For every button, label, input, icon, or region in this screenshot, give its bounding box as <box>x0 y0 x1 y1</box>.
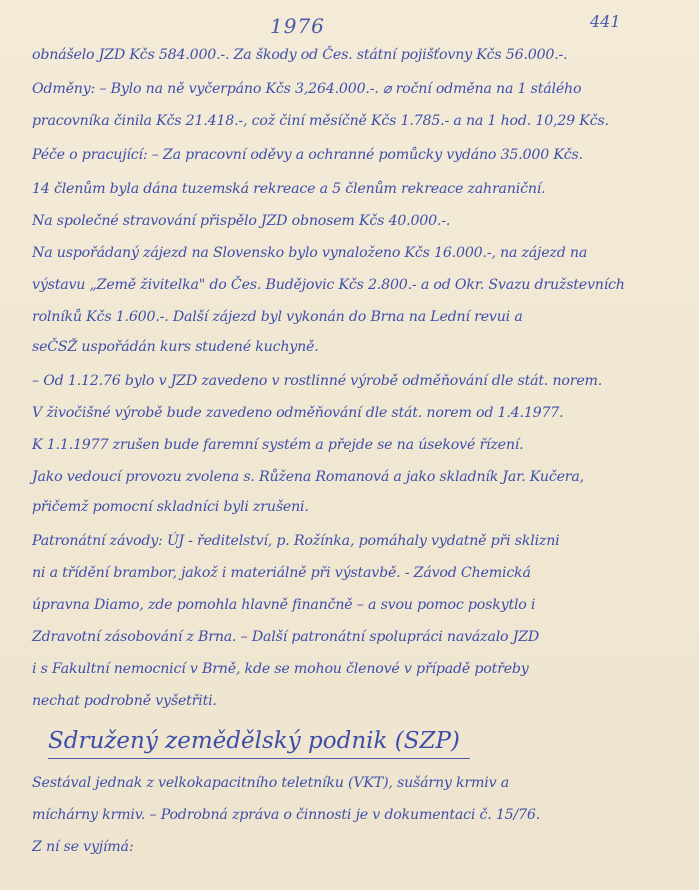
text-line: i s Fakultní nemocnicí v Brně, kde se mo… <box>32 662 529 676</box>
text-line: Zdravotní zásobování z Brna. – Další pat… <box>32 630 539 644</box>
text-line: K 1.1.1977 zrušen bude faremní systém a … <box>32 438 523 452</box>
section-text-line: Z ní se vyjímá: <box>32 840 133 854</box>
text-line: – Od 1.12.76 bylo v JZD zavedeno v rostl… <box>32 374 602 388</box>
text-line: Na uspořádaný zájezd na Slovensko bylo v… <box>32 246 587 260</box>
text-line: V živočišné výrobě bude zavedeno odměňov… <box>32 406 563 420</box>
text-line: obnášelo JZD Kčs 584.000.-. Za škody od … <box>32 48 567 62</box>
text-line: pracovníka činila Kčs 21.418.-, což činí… <box>32 114 609 128</box>
text-line: rolníků Kčs 1.600.-. Další zájezd byl vy… <box>32 310 523 324</box>
text-line: Jako vedoucí provozu zvolena s. Růžena R… <box>32 470 584 484</box>
text-line: seČSŽ uspořádán kurs studené kuchyně. <box>32 340 319 354</box>
text-line: Odměny: – Bylo na ně vyčerpáno Kčs 3,264… <box>32 82 581 96</box>
page-year: 1976 <box>270 14 325 38</box>
text-line: 14 členům byla dána tuzemská rekreace a … <box>32 182 545 196</box>
section-text-line: míchárny krmiv. – Podrobná zpráva o činn… <box>32 808 540 822</box>
text-line: Péče o pracující: – Za pracovní oděvy a … <box>32 148 583 162</box>
text-line: ni a třídění brambor, jakož i materiálně… <box>32 566 531 580</box>
text-line: Patronátní závody: ÚJ - ředitelství, p. … <box>32 534 560 548</box>
handwritten-chronicle-page: 1976 441 obnášelo JZD Kčs 584.000.-. Za … <box>0 0 699 890</box>
text-line: přičemž pomocní skladníci byli zrušeni. <box>32 500 309 514</box>
page-number: 441 <box>590 12 621 31</box>
section-text-line: Sestával jednak z velkokapacitního telet… <box>32 776 509 790</box>
text-line: Na společné stravování přispělo JZD obno… <box>32 214 450 228</box>
text-line: úpravna Diamo, zde pomohla hlavně finanč… <box>32 598 535 612</box>
text-line: výstavu „Země živitelka" do Čes. Budějov… <box>32 278 625 292</box>
section-heading: Sdružený zemědělský podnik (SZP) <box>48 728 470 759</box>
text-line: nechat podrobně vyšetřiti. <box>32 694 217 708</box>
